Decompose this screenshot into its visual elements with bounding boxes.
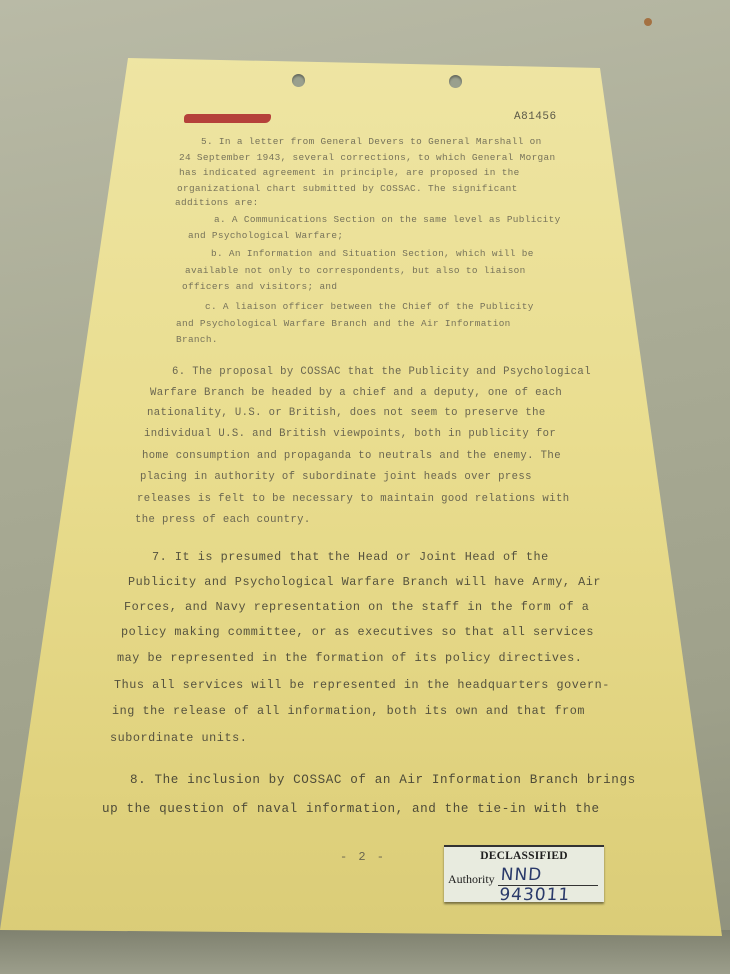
para8-line: up the question of naval information, an… xyxy=(102,802,600,816)
punch-hole-left xyxy=(292,74,305,87)
para6-line: home consumption and propaganda to neutr… xyxy=(142,450,561,462)
para6-line: Warfare Branch be headed by a chief and … xyxy=(150,387,562,399)
stamp-title: DECLASSIFIED xyxy=(444,850,604,862)
para7-line: policy making committee, or as executive… xyxy=(121,625,594,639)
para5-item-b: b. An Information and Situation Section,… xyxy=(211,248,534,259)
para7-line: subordinate units. xyxy=(110,731,247,745)
para5-line: available not only to correspondents, bu… xyxy=(185,265,526,276)
para6-line: 6. The proposal by COSSAC that the Publi… xyxy=(172,366,591,378)
para6-line: releases is felt to be necessary to main… xyxy=(137,493,569,505)
para5-line: and Psychological Warfare Branch and the… xyxy=(176,318,511,329)
para5-line: organizational chart submitted by COSSAC… xyxy=(177,183,518,194)
punch-hole-right xyxy=(449,75,462,88)
desk-surface xyxy=(0,930,730,974)
document-number: A81456 xyxy=(514,111,557,123)
para5-line: officers and visitors; and xyxy=(182,281,337,292)
para6-line: placing in authority of subordinate join… xyxy=(140,471,532,483)
stamp-authority-label: Authority xyxy=(448,872,495,887)
para7-line: Publicity and Psychological Warfare Bran… xyxy=(128,575,601,589)
page-number: - 2 - xyxy=(340,850,386,864)
para7-line: may be represented in the formation of i… xyxy=(117,651,582,665)
para5-line: and Psychological Warfare; xyxy=(188,230,343,241)
para7-line: Thus all services will be represented in… xyxy=(114,678,610,692)
para6-line: nationality, U.S. or British, does not s… xyxy=(147,407,546,419)
para5-line: additions are: xyxy=(175,197,259,208)
para7-line: 7. It is presumed that the Head or Joint… xyxy=(152,550,549,564)
para8-line: 8. The inclusion by COSSAC of an Air Inf… xyxy=(130,773,636,787)
para6-line: individual U.S. and British viewpoints, … xyxy=(144,428,556,440)
para7-line: ing the release of all information, both… xyxy=(112,704,585,718)
declassified-stamp: DECLASSIFIED Authority NND 943011 xyxy=(444,845,604,902)
para5-line: Branch. xyxy=(176,334,218,345)
para5-line: has indicated agreement in principle, ar… xyxy=(179,167,520,178)
para7-line: Forces, and Navy representation on the s… xyxy=(124,600,589,614)
para5-item-a: a. A Communications Section on the same … xyxy=(214,214,561,225)
document-page: A81456 5. In a letter from General Dever… xyxy=(0,0,730,974)
background-stain xyxy=(644,18,652,26)
stamp-underline xyxy=(498,885,598,886)
para6-line: the press of each country. xyxy=(135,514,311,526)
para5-line: 5. In a letter from General Devers to Ge… xyxy=(201,136,542,147)
para5-line: 24 September 1943, several corrections, … xyxy=(179,152,555,163)
redaction-mark xyxy=(184,114,271,123)
para5-item-c: c. A liaison officer between the Chief o… xyxy=(205,301,534,312)
